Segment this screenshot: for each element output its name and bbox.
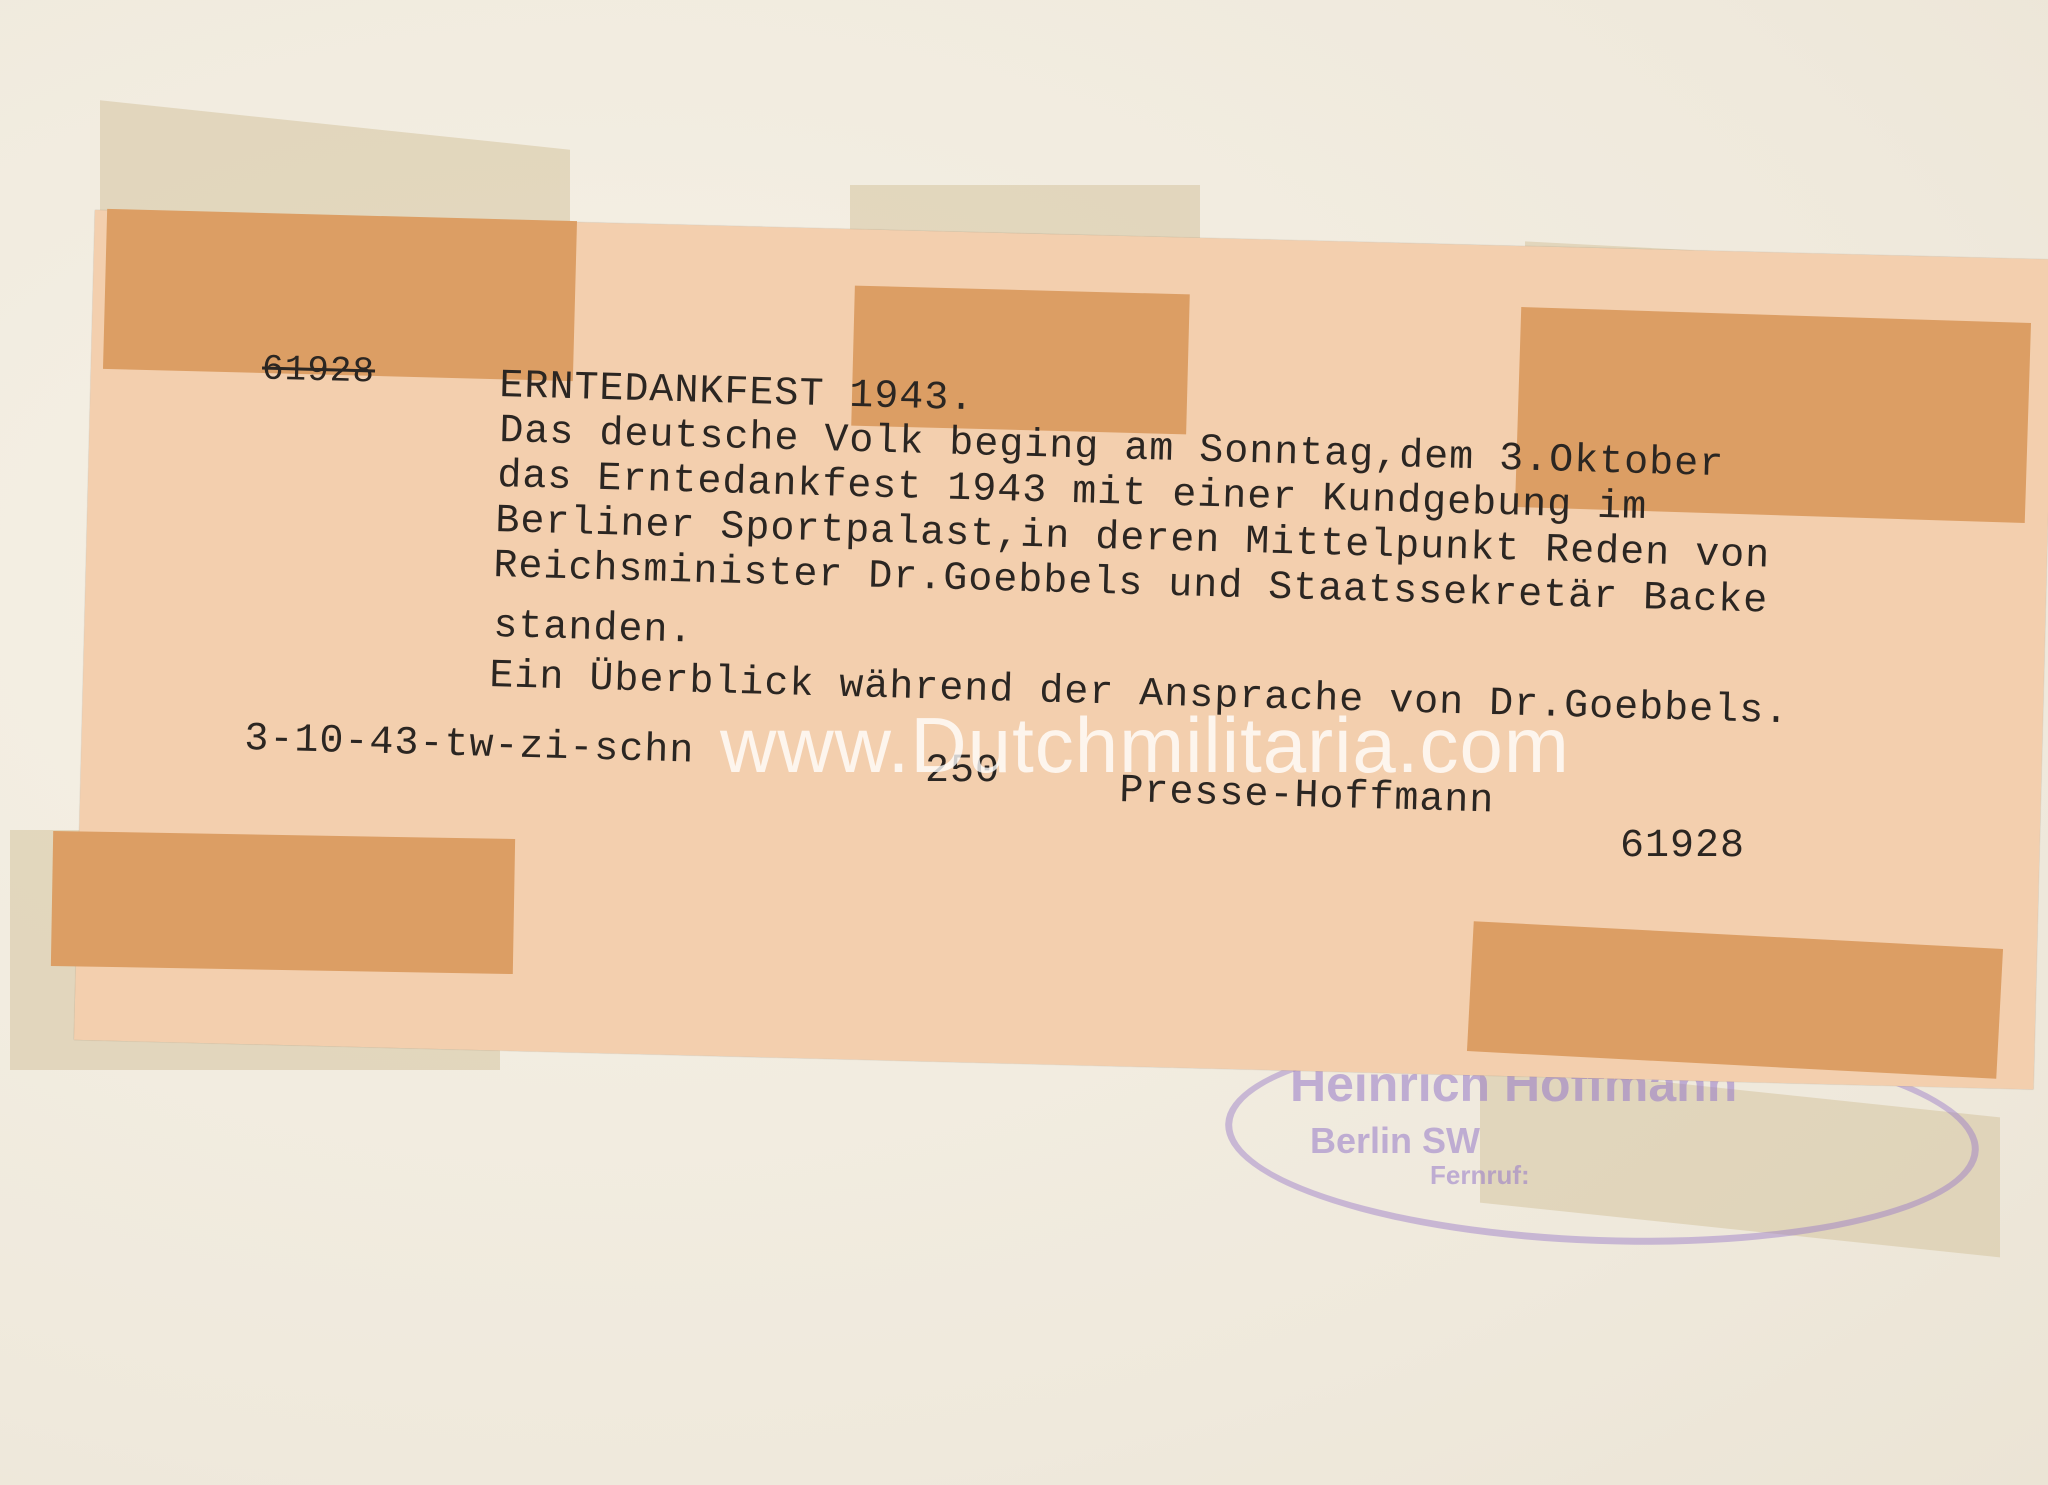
struck-archive-number: 61928 xyxy=(261,349,375,393)
archive-number: 61928 xyxy=(1620,825,1745,869)
body-line-5: standen. xyxy=(493,605,694,655)
stamp-line-3: Fernruf: xyxy=(1430,1160,1530,1191)
tape-bottom-right xyxy=(1467,921,2003,1079)
watermark: www.Dutchmilitaria.com xyxy=(720,700,1570,791)
tape-bottom-left xyxy=(51,831,515,974)
stamp-line-2: Berlin SW xyxy=(1310,1120,1480,1162)
